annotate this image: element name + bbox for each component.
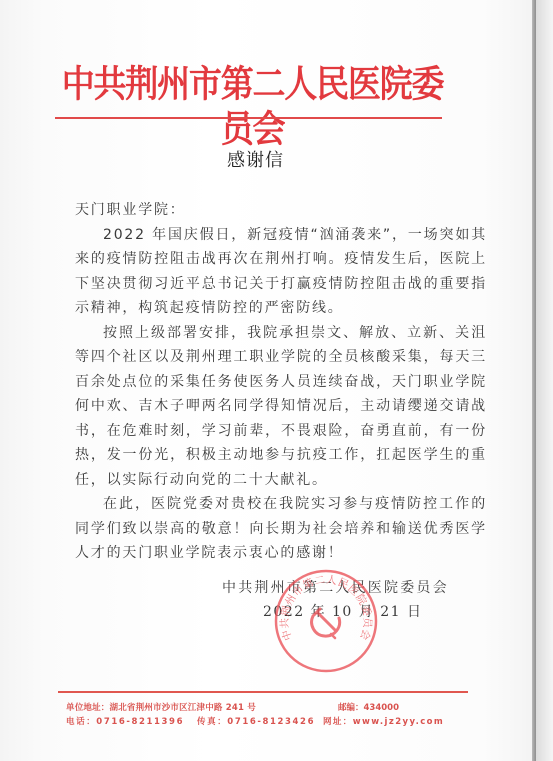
- paragraph-1: 2022 年国庆假日，新冠疫情“汹涌袭来”，一场突如其来的疫情防控阻击战再次在荆…: [75, 223, 487, 321]
- document-title: 感谢信: [227, 146, 284, 172]
- footer-phone: 电话：0716-8211396: [66, 715, 184, 727]
- letterhead-divider: [55, 117, 442, 119]
- paragraph-3: 在此，医院党委对贵校在我院实习参与疫情防控工作的同学们致以崇高的敬意！向长期为社…: [75, 492, 487, 566]
- salutation: 天门职业学院：: [75, 198, 487, 223]
- letterhead-title: 中共荆州市第二人民医院委员会: [60, 62, 445, 152]
- footer-address: 单位地址：湖北省荆州市沙市区江津中路 241 号: [66, 701, 256, 713]
- hammer-and-sickle-icon: [312, 609, 340, 638]
- letter-body: 天门职业学院： 2022 年国庆假日，新冠疫情“汹涌袭来”，一场突如其来的疫情防…: [75, 198, 487, 566]
- footer-website: 网址：www.jz2yy.com: [323, 715, 444, 727]
- footer-postcode: 邮编：434000: [338, 701, 399, 713]
- footer-fax: 传真：0716-8123426: [197, 715, 315, 727]
- letterhead-footer: 单位地址：湖北省荆州市沙市区江津中路 241 号 邮编：434000 电话：07…: [66, 701, 466, 729]
- official-seal-stamp-icon: 中共荆州市第二人民医院委员会: [273, 568, 379, 674]
- paragraph-2: 按照上级部署安排，我院承担崇文、解放、立新、关沮等四个社区以及荆州理工职业学院的…: [75, 321, 487, 493]
- scan-background-strip: [536, 0, 553, 761]
- footer-divider: [58, 691, 468, 693]
